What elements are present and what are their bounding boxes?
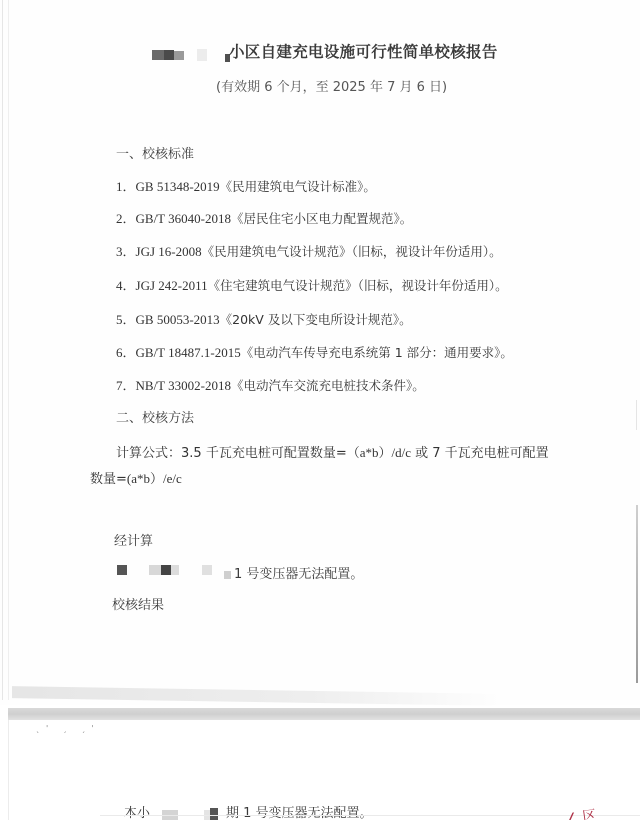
standard-note: （旧标，视设计年份适用） bbox=[358, 278, 496, 293]
standard-code: JGJ 16-2008 bbox=[136, 244, 202, 259]
document-title: 小区自建充电设施可行性简单校核报告 bbox=[229, 40, 498, 62]
item-number: 3． bbox=[116, 244, 136, 259]
standard-name: 《民用建筑电气设计标准》 bbox=[220, 179, 364, 194]
standard-item: 3．JGJ 16-2008《民用建筑电气设计规范》（旧标，视设计年份适用）。 bbox=[116, 241, 502, 260]
title-redaction bbox=[174, 51, 184, 60]
conclusion-prefix: 本小 bbox=[124, 802, 150, 820]
formula-quantity: 数量= bbox=[90, 472, 127, 487]
item-end: 。 bbox=[363, 179, 376, 194]
page-right-edge bbox=[636, 400, 637, 430]
standard-item: 2．GB/T 36040-2018《居民住宅小区电力配置规范》。 bbox=[116, 208, 412, 227]
result-redaction bbox=[202, 565, 212, 575]
item-number: 1． bbox=[116, 179, 136, 194]
result-redaction bbox=[117, 565, 127, 575]
standard-name: 《电动汽车交流充电桩技术条件》 bbox=[231, 378, 412, 393]
item-end: 。 bbox=[500, 345, 513, 360]
standard-name: 《住宅建筑电气设计规范》 bbox=[208, 278, 358, 293]
item-number: 6． bbox=[116, 345, 136, 360]
formula-expression-1: （a*b）/d/c bbox=[347, 445, 411, 460]
line-rule bbox=[100, 815, 640, 816]
item-number: 7． bbox=[116, 378, 136, 393]
result-redaction bbox=[161, 565, 171, 575]
title-redaction bbox=[197, 49, 207, 61]
result-redaction bbox=[171, 565, 179, 575]
formula-label: 计算公式： bbox=[116, 446, 181, 461]
page-fold-shadow bbox=[12, 686, 502, 706]
standard-code: GB/T 18487.1-2015 bbox=[136, 345, 241, 360]
section-heading-method: 二、校核方法 bbox=[116, 407, 194, 426]
standard-item: 6．GB/T 18487.1-2015《电动汽车传导充电系统第 1 部分：通用要… bbox=[116, 342, 513, 361]
calc-result: 1 号变压器无法配置。 bbox=[234, 563, 363, 582]
document-page: 小区自建充电设施可行性简单校核报告 (有效期 6 个月，至 2025 年 7 月… bbox=[0, 0, 640, 705]
result-redaction bbox=[224, 571, 231, 579]
title-redaction bbox=[152, 50, 164, 60]
section-heading-standards: 一、校核标准 bbox=[116, 143, 194, 162]
standard-code: NB/T 33002-2018 bbox=[136, 378, 231, 393]
standard-code: GB 51348-2019 bbox=[136, 179, 220, 194]
standard-name: 《电动汽车传导充电系统第 1 部分：通用要求》 bbox=[241, 345, 501, 360]
item-end: 。 bbox=[399, 312, 412, 327]
standard-item: 5．GB 50053-2013《20kV 及以下变电所设计规范》。 bbox=[116, 309, 412, 328]
item-number: 4． bbox=[116, 278, 136, 293]
standard-item: 1．GB 51348-2019《民用建筑电气设计标准》。 bbox=[116, 176, 376, 195]
standard-code: JGJ 242-2011 bbox=[136, 278, 208, 293]
standard-code: GB/T 36040-2018 bbox=[136, 211, 231, 226]
standard-item: 7．NB/T 33002-2018《电动汽车交流充电桩技术条件》。 bbox=[116, 375, 425, 394]
calc-label: 经计算 bbox=[114, 530, 153, 549]
formula-line-1: 计算公式：3.5 千瓦充电桩可配置数量=（a*b）/d/c 或 7 千瓦充电桩可… bbox=[116, 442, 549, 461]
standard-name: 《居民住宅小区电力配置规范》 bbox=[231, 211, 400, 226]
page-right-edge-shadow bbox=[636, 505, 638, 683]
page-left-edge bbox=[2, 0, 9, 700]
page-separator bbox=[8, 708, 640, 720]
item-number: 2． bbox=[116, 211, 136, 226]
formula-7kw: 7 千瓦充电桩可配置 bbox=[432, 446, 548, 461]
conclusion-redaction bbox=[210, 808, 218, 820]
standard-code: GB 50053-2013 bbox=[136, 312, 220, 327]
standard-name: 《民用建筑电气设计规范》 bbox=[202, 244, 352, 259]
document-validity: (有效期 6 个月，至 2025 年 7 月 6 日) bbox=[216, 76, 447, 95]
formula-3-5kw: 3.5 千瓦充电桩可配置数量= bbox=[181, 446, 347, 461]
standard-name: 《20kV 及以下变电所设计规范》 bbox=[220, 312, 399, 327]
item-number: 5． bbox=[116, 312, 136, 327]
result-redaction bbox=[149, 565, 161, 575]
item-end: 。 bbox=[412, 378, 425, 393]
item-end: 。 bbox=[495, 278, 508, 293]
formula-line-2: 数量=(a*b）/e/c bbox=[90, 468, 182, 487]
item-end: 。 bbox=[400, 211, 413, 226]
scan-specks: ˎ' ˏ ˏ' bbox=[36, 724, 99, 733]
check-result-label: 校核结果 bbox=[112, 594, 164, 613]
formula-or: 或 bbox=[411, 446, 432, 461]
conclusion-text: 期 1 号变压器无法配置。 bbox=[226, 802, 373, 820]
standard-item: 4．JGJ 242-2011《住宅建筑电气设计规范》（旧标，视设计年份适用）。 bbox=[116, 275, 508, 294]
title-redaction bbox=[164, 50, 174, 60]
standard-note: （旧标，视设计年份适用） bbox=[352, 244, 490, 259]
formula-expression-2: (a*b）/e/c bbox=[127, 471, 182, 486]
item-end: 。 bbox=[489, 244, 502, 259]
